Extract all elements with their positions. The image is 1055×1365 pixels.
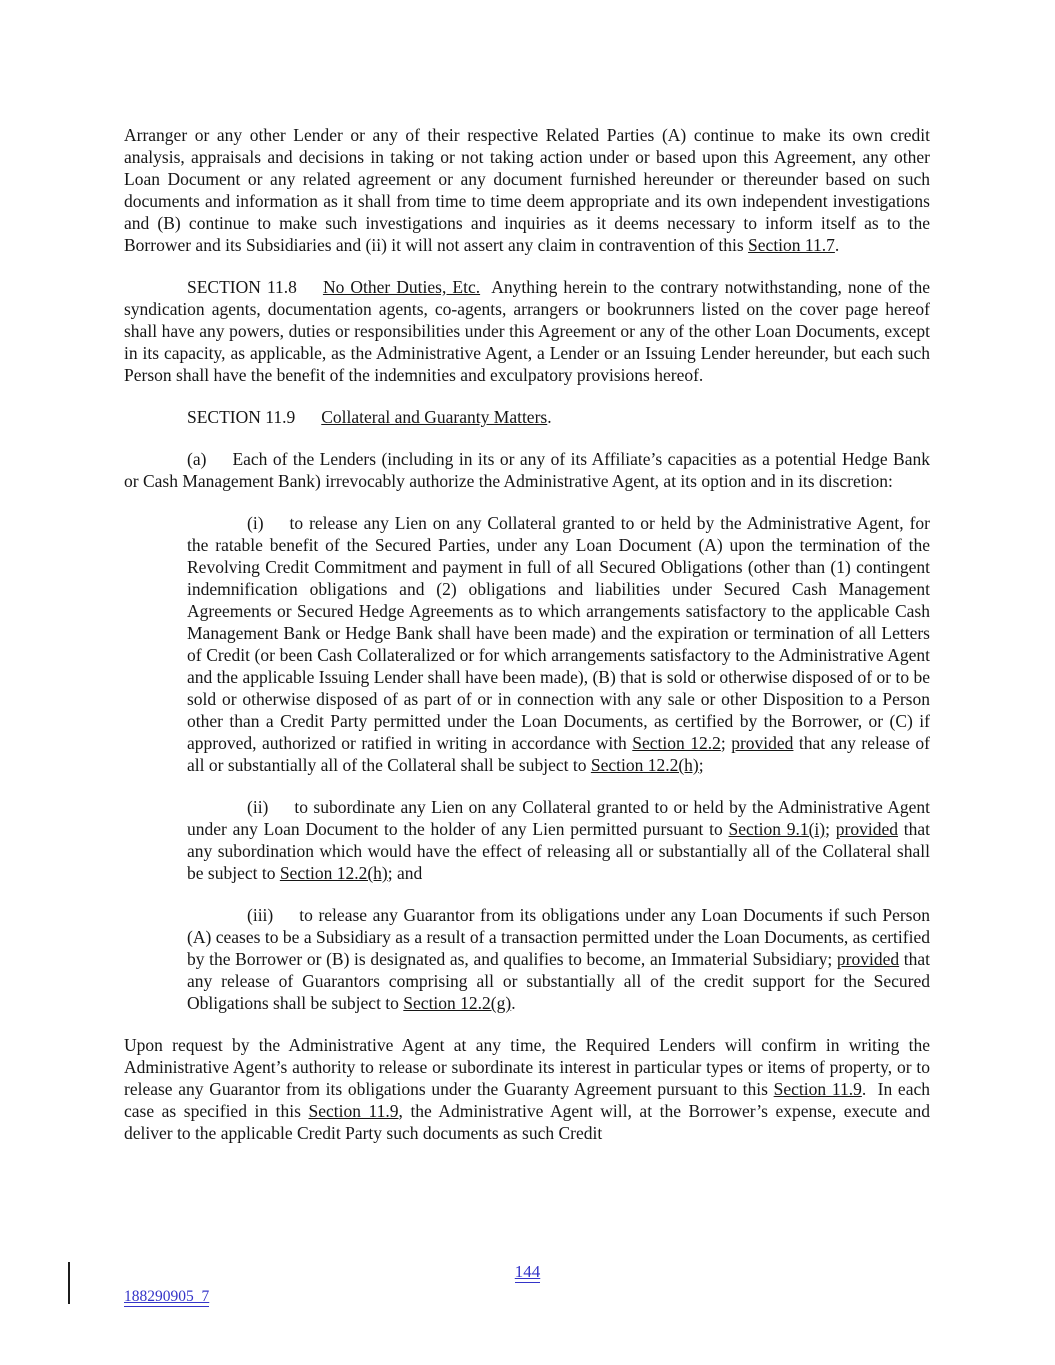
text-run: . — [835, 235, 839, 255]
page-number-link[interactable]: 144 — [515, 1262, 541, 1283]
text-run: (i) — [247, 513, 264, 533]
underlined-reference: Collateral and Guaranty Matters — [321, 407, 547, 427]
text-run: ; — [721, 733, 731, 753]
underlined-reference: provided — [836, 819, 898, 839]
document-id-link[interactable]: 188290905_7 — [124, 1288, 209, 1307]
underlined-reference: No Other Duties, Etc. — [323, 277, 480, 297]
text-run: Each of the Lenders (including in its or… — [124, 449, 930, 491]
clause-a-iii-paragraph: (iii)to release any Guarantor from its o… — [187, 904, 930, 1014]
text-run: to release any Guarantor from its obliga… — [187, 905, 930, 969]
underlined-reference: Section 11.7 — [748, 235, 835, 255]
underlined-reference: Section 9.1(i) — [728, 819, 825, 839]
section-11-9-heading: SECTION 11.9Collateral and Guaranty Matt… — [124, 406, 930, 428]
text-run: (a) — [187, 449, 206, 469]
text-run: . — [511, 993, 515, 1013]
text-run: SECTION 11.8 — [187, 277, 297, 297]
underlined-reference: Section 12.2(h) — [280, 863, 388, 883]
underlined-reference: Section 12.2 — [632, 733, 721, 753]
clause-a-i-paragraph: (i)to release any Lien on any Collateral… — [187, 512, 930, 776]
clause-a-paragraph: (a)Each of the Lenders (including in its… — [124, 448, 930, 492]
underlined-reference: provided — [731, 733, 793, 753]
text-run: SECTION 11.9 — [187, 407, 295, 427]
text-run: ; — [825, 819, 836, 839]
page-number-container: 144 — [0, 1262, 1055, 1282]
continuation-paragraph: Arranger or any other Lender or any of t… — [124, 124, 930, 256]
text-run: . — [547, 407, 551, 427]
document-body: Arranger or any other Lender or any of t… — [124, 124, 930, 1164]
underlined-reference: Section 11.9 — [309, 1101, 399, 1121]
document-id-container: 188290905_7 — [124, 1288, 209, 1306]
underlined-reference: Section 12.2(h) — [591, 755, 699, 775]
text-run: (ii) — [247, 797, 268, 817]
section-11-8-paragraph: SECTION 11.8No Other Duties, Etc. Anythi… — [124, 276, 930, 386]
text-run: ; — [699, 755, 704, 775]
underlined-reference: Section 11.9 — [774, 1079, 862, 1099]
underlined-reference: Section 12.2(g) — [403, 993, 511, 1013]
closing-paragraph: Upon request by the Administrative Agent… — [124, 1034, 930, 1144]
underlined-reference: provided — [837, 949, 899, 969]
clause-a-ii-paragraph: (ii)to subordinate any Lien on any Colla… — [187, 796, 930, 884]
text-run: (iii) — [247, 905, 273, 925]
text-run: ; and — [388, 863, 423, 883]
text-run: to release any Lien on any Collateral gr… — [187, 513, 930, 753]
